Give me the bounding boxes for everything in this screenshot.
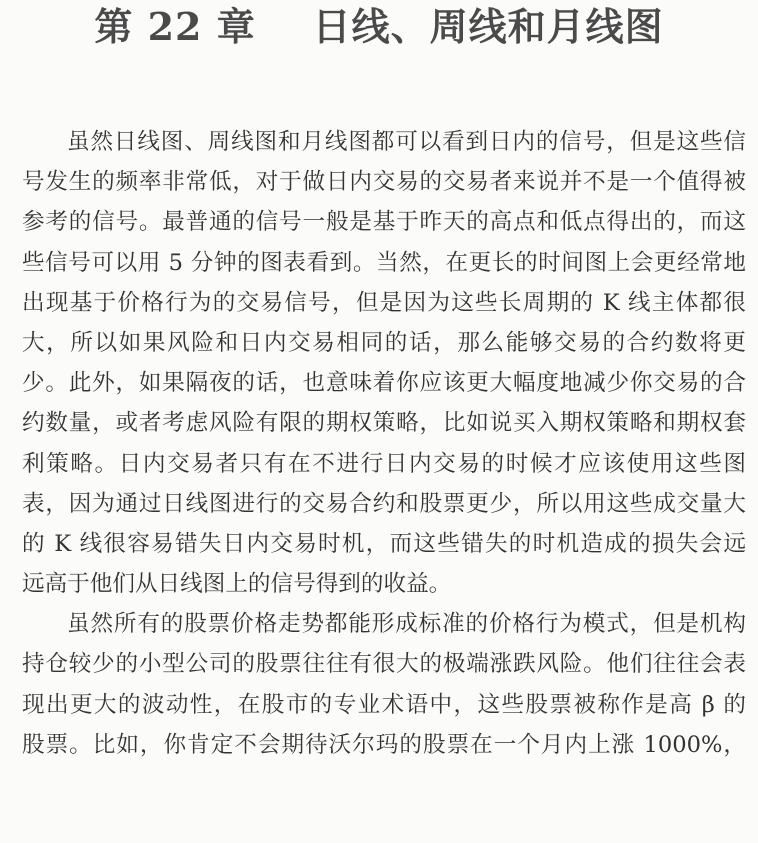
text-line: 虽然所有的股票价格走势都能形成标准的价格行为模式，但是机构	[22, 604, 746, 644]
text-line: 的 K 线很容易错失日内交易时机，而这些错失的时机造成的损失会远	[22, 524, 746, 564]
text-line: 些信号可以用 5 分钟的图表看到。当然，在更长的时间图上会更经常地	[22, 243, 746, 283]
text-line: 现出更大的波动性，在股市的专业术语中，这些股票被称作是高 β 的	[22, 685, 746, 725]
text-line: 大，所以如果风险和日内交易相同的话，那么能够交易的合约数将更	[22, 323, 746, 363]
text-line: 虽然日线图、周线图和月线图都可以看到日内的信号，但是这些信	[22, 122, 746, 162]
text-line: 股票。比如，你肯定不会期待沃尔玛的股票在一个月内上涨 1000%，	[22, 725, 746, 765]
text-line: 利策略。日内交易者只有在不进行日内交易的时候才应该使用这些图	[22, 444, 746, 484]
text-line: 表，因为通过日线图进行的交易合约和股票更少，所以用这些成交量大	[22, 484, 746, 524]
text-line: 参考的信号。最普通的信号一般是基于昨天的高点和低点得出的，而这	[22, 202, 746, 242]
paragraph-1: 虽然日线图、周线图和月线图都可以看到日内的信号，但是这些信 号发生的频率非常低，…	[22, 122, 746, 604]
document-page: 第 22 章 日线、周线和月线图 虽然日线图、周线图和月线图都可以看到日内的信号…	[0, 0, 758, 843]
text-line: 持仓较少的小型公司的股票往往有很大的极端涨跌风险。他们往往会表	[22, 644, 746, 684]
chapter-title: 第 22 章 日线、周线和月线图	[0, 4, 758, 50]
text-line: 远高于他们从日线图上的信号得到的收益。	[22, 564, 746, 604]
paragraph-2: 虽然所有的股票价格走势都能形成标准的价格行为模式，但是机构 持仓较少的小型公司的…	[22, 604, 746, 765]
chapter-body: 虽然日线图、周线图和月线图都可以看到日内的信号，但是这些信 号发生的频率非常低，…	[22, 122, 746, 765]
text-line: 约数量，或者考虑风险有限的期权策略，比如说买入期权策略和期权套	[22, 403, 746, 443]
text-line: 出现基于价格行为的交易信号，但是因为这些长周期的 K 线主体都很	[22, 283, 746, 323]
text-line: 少。此外，如果隔夜的话，也意味着你应该更大幅度地减少你交易的合	[22, 363, 746, 403]
text-line: 号发生的频率非常低，对于做日内交易的交易者来说并不是一个值得被	[22, 162, 746, 202]
